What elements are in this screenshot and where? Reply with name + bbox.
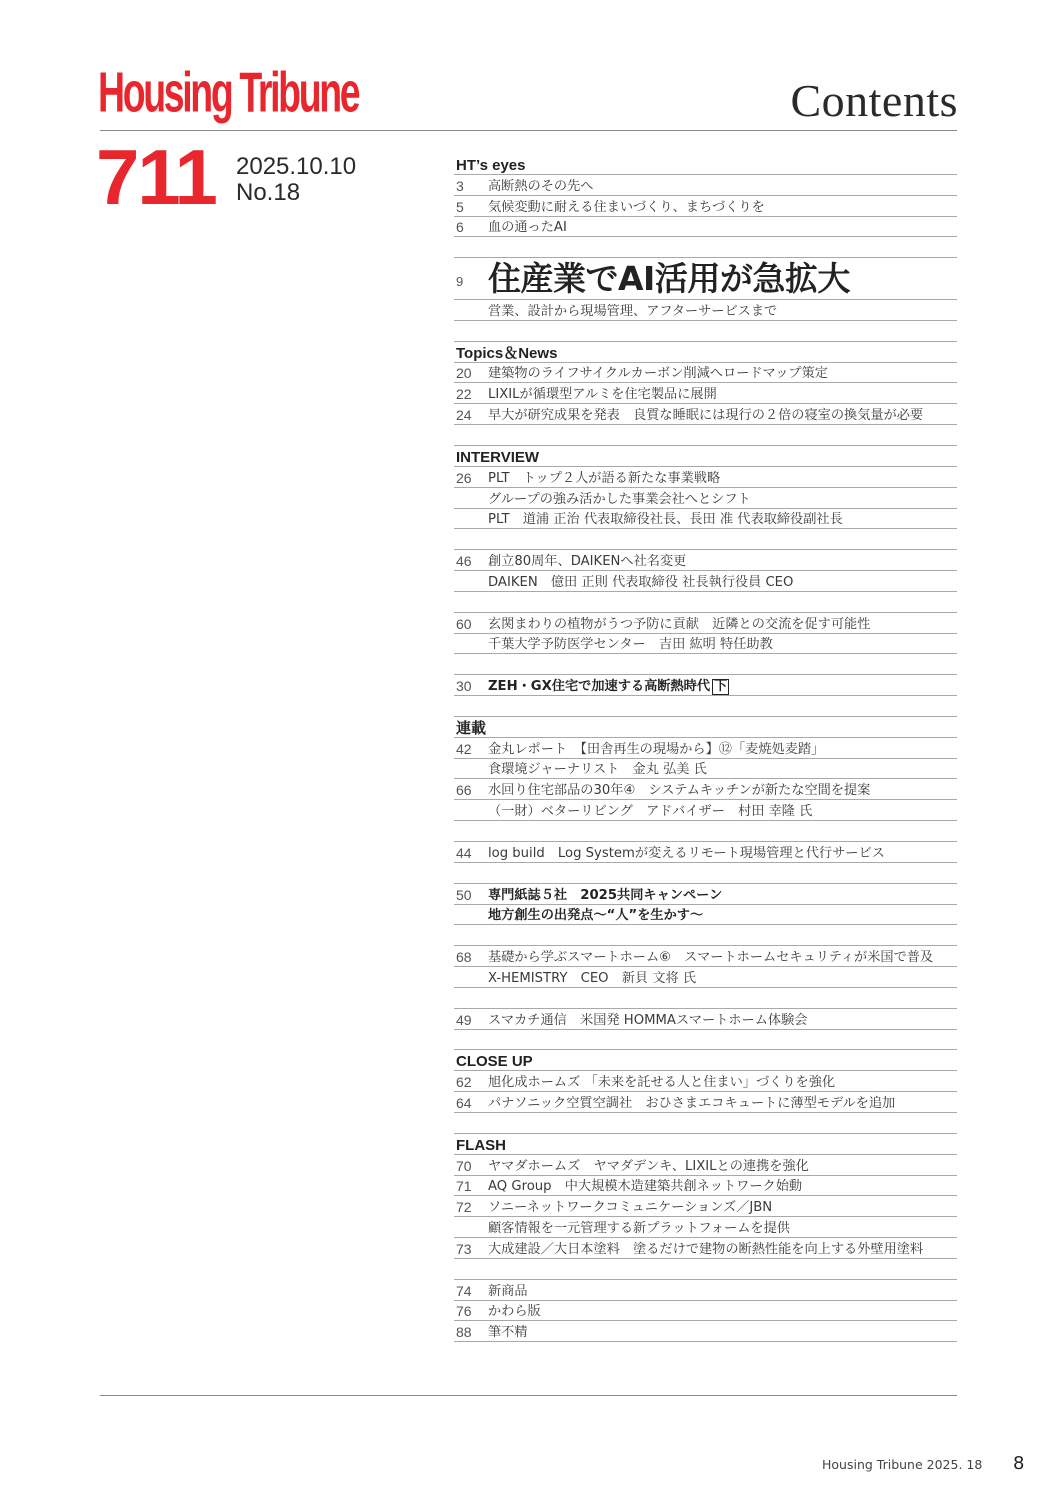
entry-title: 水回り住宅部品の30年④ システムキッチンが新たな空間を提案 (488, 782, 957, 799)
page-ref: 62 (454, 1074, 488, 1091)
entry-title: 玄関まわりの植物がうつ予防に貢献 近隣との交流を促す可能性 (488, 616, 957, 633)
page-ref: 74 (454, 1283, 488, 1300)
page-ref: 20 (454, 365, 488, 382)
entry-title: AQ Group 中大規模木造建築共創ネットワーク始動 (488, 1178, 957, 1195)
entry-title: かわら版 (488, 1303, 957, 1320)
entry-title-text: 専門紙誌５社 2025共同キャンペーン (488, 888, 722, 903)
entry-title: PLT トップ２人が語る新たな事業戦略 (488, 470, 957, 487)
page-ref: 68 (454, 949, 488, 966)
toc-entry[interactable]: 71AQ Group 中大規模木造建築共創ネットワーク始動 (454, 1176, 957, 1197)
page-ref: 24 (454, 407, 488, 424)
page-ref: 73 (454, 1241, 488, 1258)
toc-entry[interactable]: 食環境ジャーナリスト 金丸 弘美 氏 (454, 759, 957, 780)
toc-entry[interactable]: 26PLT トップ２人が語る新たな事業戦略 (454, 467, 957, 488)
toc-entry[interactable]: 営業、設計から現場管理、アフターサービスまで (454, 300, 957, 321)
page-ref: 26 (454, 470, 488, 487)
issue-volume: No.18 (236, 180, 356, 206)
section-header: Topics＆News (454, 342, 957, 363)
feature-headline-entry[interactable]: 9住産業でAI活用が急拡大 (454, 258, 957, 300)
entry-title: 金丸レポート 【田舎再生の現場から】⑫「麦焼処麦踏」 (488, 741, 957, 758)
entry-title-text: DAIKEN 億田 正則 代表取締役 社長執行役員 CEO (488, 575, 793, 590)
entry-title: X-HEMISTRY CEO 新貝 文将 氏 (488, 970, 957, 987)
toc-entry[interactable]: 6血の通ったAI (454, 217, 957, 238)
entry-title-text: ZEH・GX住宅で加速する高断熱時代 (488, 679, 710, 694)
entry-title: 筆不精 (488, 1324, 957, 1341)
issue-date-block: 2025.10.10 No.18 (236, 154, 356, 206)
entry-title-text: AQ Group 中大規模木造建築共創ネットワーク始動 (488, 1179, 802, 1194)
spacer-row (454, 1259, 957, 1280)
toc-entry[interactable]: 30ZEH・GX住宅で加速する高断熱時代下 (454, 675, 957, 696)
entry-title-text: 営業、設計から現場管理、アフターサービスまで (488, 304, 777, 319)
toc-entry[interactable]: 22LIXILが循環型アルミを住宅製品に展開 (454, 383, 957, 404)
entry-title-text: スマカチ通信 米国発 HOMMAスマートホーム体験会 (488, 1013, 808, 1028)
top-divider (100, 130, 957, 131)
entry-title-text: ヤマダホームズ ヤマダデンキ、LIXILとの連携を強化 (488, 1159, 809, 1174)
toc-entry[interactable]: 顧客情報を一元管理する新プラットフォームを提供 (454, 1217, 957, 1238)
spacer-row (454, 529, 957, 550)
page-ref: 66 (454, 782, 488, 799)
toc-entry[interactable]: （一財）ベターリビング アドバイザー 村田 幸隆 氏 (454, 800, 957, 821)
entry-title: 基礎から学ぶスマートホーム⑥ スマートホームセキュリティが米国で普及 (488, 949, 957, 966)
toc-entry[interactable]: 62旭化成ホームズ 「未来を託せる人と住まい」づくりを強化 (454, 1071, 957, 1092)
spacer-row (454, 592, 957, 613)
entry-title: 営業、設計から現場管理、アフターサービスまで (488, 303, 957, 320)
page-number: 8 (1013, 1453, 1024, 1474)
page-ref: 70 (454, 1158, 488, 1175)
toc-entry[interactable]: 74新商品 (454, 1280, 957, 1301)
entry-title-text: ソニーネットワークコミュニケーションズ／JBN (488, 1200, 772, 1215)
entry-title-text: （一財）ベターリビング アドバイザー 村田 幸隆 氏 (488, 804, 812, 819)
toc-entry[interactable]: 72ソニーネットワークコミュニケーションズ／JBN (454, 1196, 957, 1217)
entry-title-text: LIXILが循環型アルミを住宅製品に展開 (488, 387, 717, 402)
page-ref: 49 (454, 1012, 488, 1029)
bottom-divider (100, 1395, 957, 1396)
spacer-row (454, 425, 957, 446)
toc-entry[interactable]: 88筆不精 (454, 1321, 957, 1342)
page-title: Contents (790, 78, 958, 124)
table-of-contents: HT’s eyes3高断熱のその先へ5気候変動に耐える住まいづくり、まちづくりを… (454, 154, 957, 1342)
spacer-row (454, 821, 957, 842)
spacer-row (454, 1113, 957, 1134)
toc-entry[interactable]: PLT 道浦 正治 代表取締役社長、長田 准 代表取締役副社長 (454, 509, 957, 530)
section-header: INTERVIEW (454, 446, 957, 467)
entry-title-text: パナソニック空質空調社 おひさまエコキュートに薄型モデルを追加 (488, 1096, 895, 1111)
entry-title: DAIKEN 億田 正則 代表取締役 社長執行役員 CEO (488, 574, 957, 591)
page-ref: 44 (454, 845, 488, 862)
page-ref: 9 (454, 267, 488, 290)
entry-title: パナソニック空質空調社 おひさまエコキュートに薄型モデルを追加 (488, 1095, 957, 1112)
section-header: FLASH (454, 1134, 957, 1155)
page-ref: 22 (454, 386, 488, 403)
section-header: 連載 (454, 717, 957, 738)
entry-title-text: 玄関まわりの植物がうつ予防に貢献 近隣との交流を促す可能性 (488, 617, 870, 632)
entry-title: 地方創生の出発点～“人”を生かす～ (488, 907, 957, 924)
section-header: HT’s eyes (454, 154, 957, 175)
entry-title-text: 顧客情報を一元管理する新プラットフォームを提供 (488, 1221, 790, 1236)
entry-title-text: 金丸レポート 【田舎再生の現場から】⑫「麦焼処麦踏」 (488, 742, 824, 757)
entry-title-text: 筆不精 (488, 1325, 528, 1340)
entry-title: 新商品 (488, 1283, 957, 1300)
toc-entry[interactable]: 60玄関まわりの植物がうつ予防に貢献 近隣との交流を促す可能性 (454, 613, 957, 634)
toc-entry[interactable]: 64パナソニック空質空調社 おひさまエコキュートに薄型モデルを追加 (454, 1092, 957, 1113)
toc-entry[interactable]: 24早大が研究成果を発表 良質な睡眠には現行の２倍の寝室の換気量が必要 (454, 404, 957, 425)
housing-tribune-logo: Housing Tribune (98, 49, 358, 122)
entry-title-text: PLT トップ２人が語る新たな事業戦略 (488, 471, 720, 486)
spacer-row (454, 321, 957, 342)
toc-entry[interactable]: 50専門紙誌５社 2025共同キャンペーン (454, 884, 957, 905)
issue-date: 2025.10.10 (236, 154, 356, 180)
spacer-row (454, 863, 957, 884)
entry-title: 住産業でAI活用が急拡大 (488, 259, 957, 299)
entry-title-text: 住産業でAI活用が急拡大 (488, 259, 850, 298)
page-ref: 71 (454, 1178, 488, 1195)
entry-title: 千葉大学予防医学センター 吉田 紘明 特任助教 (488, 636, 957, 653)
entry-title-text: 旭化成ホームズ 「未来を託せる人と住まい」づくりを強化 (488, 1075, 835, 1090)
page-ref: 50 (454, 887, 488, 904)
page-ref: 76 (454, 1303, 488, 1320)
entry-title-text: グループの強み活かした事業会社へとシフト (488, 492, 751, 507)
entry-title-text: 早大が研究成果を発表 良質な睡眠には現行の２倍の寝室の換気量が必要 (488, 408, 923, 423)
spacer-row (454, 237, 957, 258)
entry-title: 創立80周年、DAIKENへ社名変更 (488, 553, 957, 570)
entry-title: （一財）ベターリビング アドバイザー 村田 幸隆 氏 (488, 803, 957, 820)
toc-entry[interactable]: グループの強み活かした事業会社へとシフト (454, 488, 957, 509)
toc-entry[interactable]: 42金丸レポート 【田舎再生の現場から】⑫「麦焼処麦踏」 (454, 738, 957, 759)
entry-title: log build Log Systemが変えるリモート現場管理と代行サービス (488, 845, 957, 862)
entry-title-text: 血の通ったAI (488, 220, 567, 235)
entry-title: ヤマダホームズ ヤマダデンキ、LIXILとの連携を強化 (488, 1158, 957, 1175)
entry-title-text: X-HEMISTRY CEO 新貝 文将 氏 (488, 971, 696, 986)
page-ref: 64 (454, 1095, 488, 1112)
entry-title: 大成建設／大日本塗料 塗るだけで建物の断熱性能を向上する外壁用塗料 (488, 1241, 957, 1258)
page-ref: 5 (454, 199, 488, 216)
page-ref: 30 (454, 678, 488, 695)
spacer-row (454, 696, 957, 717)
entry-title: グループの強み活かした事業会社へとシフト (488, 491, 957, 508)
toc-entry[interactable]: 44log build Log Systemが変えるリモート現場管理と代行サービ… (454, 842, 957, 863)
toc-entry[interactable]: 70ヤマダホームズ ヤマダデンキ、LIXILとの連携を強化 (454, 1155, 957, 1176)
page-ref: 42 (454, 741, 488, 758)
entry-title-text: 創立80周年、DAIKENへ社名変更 (488, 554, 686, 569)
entry-title-text: 気候変動に耐える住まいづくり、まちづくりを (488, 200, 765, 215)
toc-entry[interactable]: 49スマカチ通信 米国発 HOMMAスマートホーム体験会 (454, 1009, 957, 1030)
entry-title-text: log build Log Systemが変えるリモート現場管理と代行サービス (488, 846, 885, 861)
toc-entry[interactable]: 3高断熱のその先へ (454, 175, 957, 196)
toc-entry[interactable]: 46創立80周年、DAIKENへ社名変更 (454, 550, 957, 571)
toc-entry[interactable]: 76かわら版 (454, 1301, 957, 1322)
issue-number: 711 (96, 138, 216, 216)
entry-title: 旭化成ホームズ 「未来を託せる人と住まい」づくりを強化 (488, 1074, 957, 1091)
entry-title: 血の通ったAI (488, 219, 957, 236)
toc-entry[interactable]: DAIKEN 億田 正則 代表取締役 社長執行役員 CEO (454, 571, 957, 592)
footer-publication: Housing Tribune 2025. 18 (822, 1457, 982, 1472)
entry-title: 顧客情報を一元管理する新プラットフォームを提供 (488, 1220, 957, 1237)
page-ref: 6 (454, 219, 488, 236)
entry-title-text: 千葉大学予防医学センター 吉田 紘明 特任助教 (488, 637, 773, 652)
page-ref: 46 (454, 553, 488, 570)
entry-title: スマカチ通信 米国発 HOMMAスマートホーム体験会 (488, 1012, 957, 1029)
spacer-row (454, 925, 957, 946)
toc-entry[interactable]: 68基礎から学ぶスマートホーム⑥ スマートホームセキュリティが米国で普及 (454, 946, 957, 967)
entry-title: ZEH・GX住宅で加速する高断熱時代下 (488, 678, 957, 695)
section-header: CLOSE UP (454, 1050, 957, 1071)
entry-title: 建築物のライフサイクルカーボン削減へロードマップ策定 (488, 365, 957, 382)
entry-title-text: 建築物のライフサイクルカーボン削減へロードマップ策定 (488, 366, 828, 381)
entry-title: PLT 道浦 正治 代表取締役社長、長田 准 代表取締役副社長 (488, 511, 957, 528)
entry-title-text: PLT 道浦 正治 代表取締役社長、長田 准 代表取締役副社長 (488, 512, 843, 527)
spacer-row (454, 654, 957, 675)
toc-entry[interactable]: 66水回り住宅部品の30年④ システムキッチンが新たな空間を提案 (454, 779, 957, 800)
toc-entry[interactable]: 地方創生の出発点～“人”を生かす～ (454, 905, 957, 926)
entry-title: 気候変動に耐える住まいづくり、まちづくりを (488, 199, 957, 216)
toc-entry[interactable]: 20建築物のライフサイクルカーボン削減へロードマップ策定 (454, 363, 957, 384)
page-ref: 72 (454, 1199, 488, 1216)
entry-title-text: かわら版 (488, 1304, 541, 1319)
spacer-row (454, 988, 957, 1009)
entry-title-text: 地方創生の出発点～“人”を生かす～ (488, 908, 703, 923)
entry-title-text: 新商品 (488, 1284, 528, 1299)
toc-entry[interactable]: 千葉大学予防医学センター 吉田 紘明 特任助教 (454, 634, 957, 655)
part-badge: 下 (712, 679, 729, 695)
spacer-row (454, 1030, 957, 1051)
page-ref: 60 (454, 616, 488, 633)
entry-title: ソニーネットワークコミュニケーションズ／JBN (488, 1199, 957, 1216)
toc-entry[interactable]: X-HEMISTRY CEO 新貝 文将 氏 (454, 967, 957, 988)
entry-title: 早大が研究成果を発表 良質な睡眠には現行の２倍の寝室の換気量が必要 (488, 407, 957, 424)
entry-title-text: 高断熱のその先へ (488, 179, 594, 194)
entry-title: LIXILが循環型アルミを住宅製品に展開 (488, 386, 957, 403)
entry-title-text: 大成建設／大日本塗料 塗るだけで建物の断熱性能を向上する外壁用塗料 (488, 1242, 923, 1257)
entry-title-text: 水回り住宅部品の30年④ システムキッチンが新たな空間を提案 (488, 783, 870, 798)
page-ref: 3 (454, 178, 488, 195)
page-ref: 88 (454, 1324, 488, 1341)
entry-title-text: 食環境ジャーナリスト 金丸 弘美 氏 (488, 762, 707, 777)
entry-title-text: 基礎から学ぶスマートホーム⑥ スマートホームセキュリティが米国で普及 (488, 950, 933, 965)
entry-title: 高断熱のその先へ (488, 178, 957, 195)
toc-entry[interactable]: 5気候変動に耐える住まいづくり、まちづくりを (454, 196, 957, 217)
toc-entry[interactable]: 73大成建設／大日本塗料 塗るだけで建物の断熱性能を向上する外壁用塗料 (454, 1238, 957, 1259)
entry-title: 専門紙誌５社 2025共同キャンペーン (488, 887, 957, 904)
entry-title: 食環境ジャーナリスト 金丸 弘美 氏 (488, 761, 957, 778)
